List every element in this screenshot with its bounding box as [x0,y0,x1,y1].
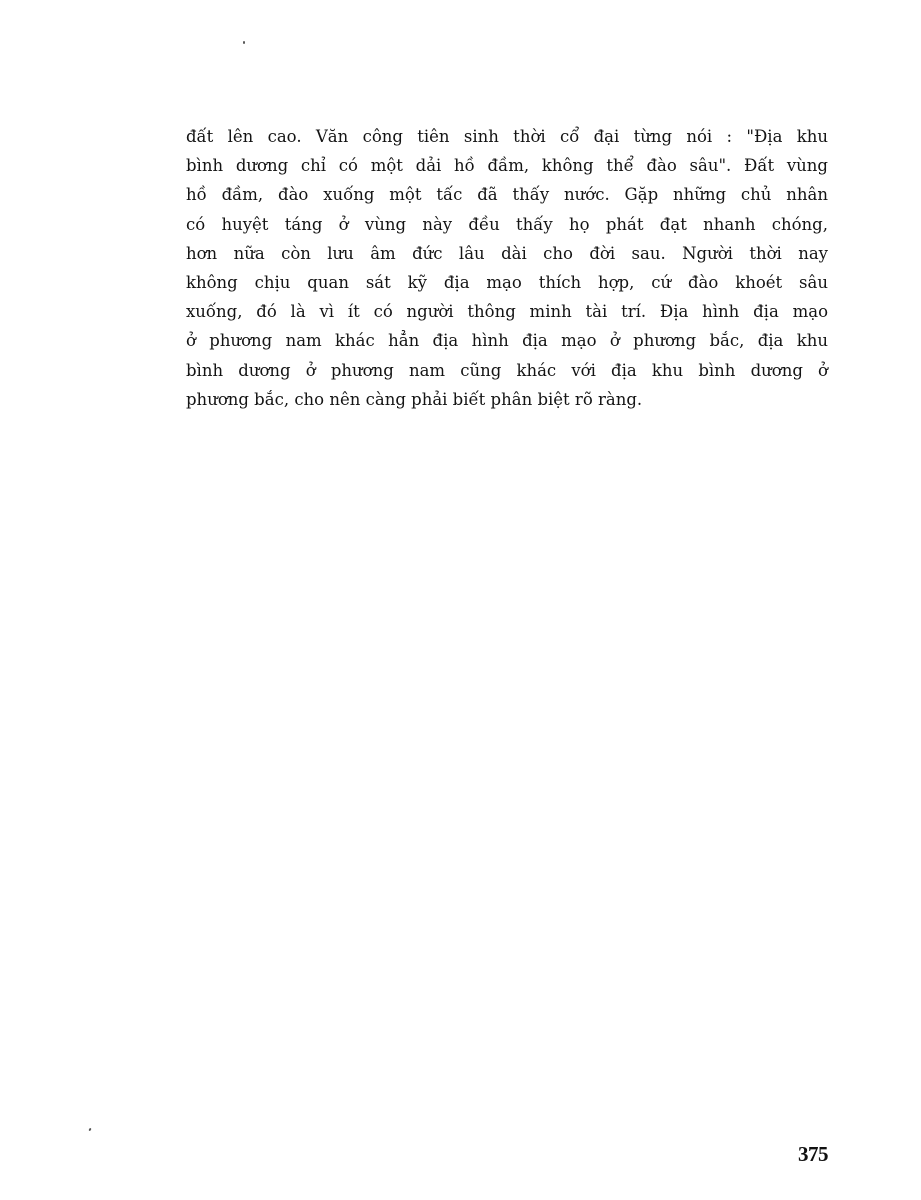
text-line: đất lên cao. Văn công tiên sinh thời cổ … [186,122,828,151]
text-line: xuống, đó là vì ít có người thông minh t… [186,297,828,326]
page-number: 375 [798,1142,828,1167]
text-line: phương bắc, cho nên càng phải biết phân … [186,385,828,414]
body-paragraph: đất lên cao. Văn công tiên sinh thời cổ … [186,122,828,414]
text-line: bình dương chỉ có một dải hồ đầm, không … [186,151,828,180]
text-line: hồ đầm, đào xuống một tấc đã thấy nước. … [186,180,828,209]
scan-speck [88,1128,91,1132]
text-line: không chịu quan sát kỹ địa mạo thích hợp… [186,268,828,297]
book-page: đất lên cao. Văn công tiên sinh thời cổ … [0,0,921,1200]
scan-speck [243,41,245,44]
text-line: hơn nữa còn lưu âm đức lâu dài cho đời s… [186,239,828,268]
text-line: ở phương nam khác hẳn địa hình địa mạo ở… [186,326,828,355]
text-line: có huyệt táng ở vùng này đều thấy họ phá… [186,210,828,239]
text-line: bình dương ở phương nam cũng khác với đị… [186,356,828,385]
